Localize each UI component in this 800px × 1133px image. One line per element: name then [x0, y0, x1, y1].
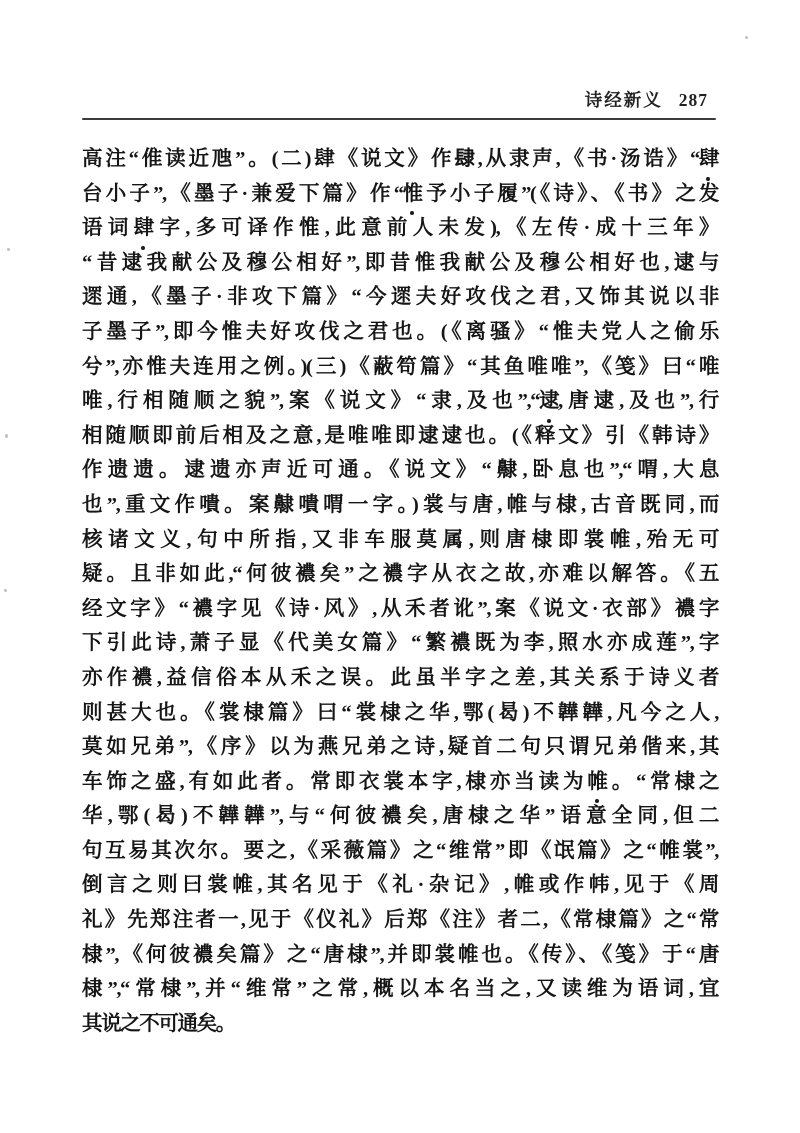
text-line: 华,鄂(曷)不韡韡”,与“何彼襛矣,唐棣之华”语意全同,但二: [82, 799, 718, 834]
scan-speck: [745, 36, 748, 39]
text-line: 亦作襛,益信俗本从禾之误。此虽半字之差,其关系于诗义者: [82, 661, 718, 696]
text-line: 车饰之盛,有如此者。常即衣裳本字,棣亦当读为帷。“常棣之: [82, 765, 718, 800]
text-line: 语词肆字,多可译作惟,此意前人未发),《左传·成十三年》: [82, 211, 718, 246]
text-line: 礼》先郑注者一,见于《仪礼》后郑《注》者二,《常棣篇》之“常: [82, 903, 718, 938]
text-line: 子墨子”,即今惟夫好攻伐之君也。(《离骚》“惟夫党人之偷乐: [82, 315, 718, 350]
emphasized-char: 帷: [587, 765, 606, 800]
text-line: 核诸文义,句中所指,又非车服莫属,则唐棣即裳帷,殆无可: [82, 523, 718, 558]
text-line: 经文字》“襛字见《诗·风》,从禾者讹”,案《说文·衣部》襛字: [82, 592, 718, 627]
text-line: “昔逮我献公及穆公相好”,即昔惟我献公及穆公相好也,逮与: [82, 246, 718, 281]
emphasized-char: 逮: [539, 384, 558, 419]
text-line: 兮”,亦惟夫连用之例。)(三)《蔽笱篇》“其鱼唯唯”,《笺》曰“唯: [82, 350, 718, 385]
header-rule: [82, 118, 716, 120]
emphasized-char: 惟: [403, 177, 422, 212]
text-line: 作遗遗。逮遗亦声近可通。《说文》“齂,卧息也”,“喟,大息: [82, 453, 718, 488]
text-line: 相随顺即前后相及之意,是唯唯即逮逮也。(《释文》引《韩诗》: [82, 419, 718, 454]
body-text: 高注“倠读近虺”。(二)肆《说文》作𨽸,从隶声,《书·汤诰》“肆台小子”,《墨子…: [82, 142, 718, 1041]
text-line: 疑。且非如此,“何彼襛矣”之襛字从衣之故,亦难以解答。《五: [82, 557, 718, 592]
scan-speck: [4, 589, 7, 592]
page-number: 287: [679, 90, 708, 111]
text-line: 高注“倠读近虺”。(二)肆《说文》作𨽸,从隶声,《书·汤诰》“肆: [82, 142, 718, 177]
text-line: 句互易其次尔。要之,《采薇篇》之“维常”即《氓篇》之“帷裳”,: [82, 834, 718, 869]
scan-speck: [7, 248, 10, 251]
text-line: 遝通,《墨子·非攻下篇》“今遝夫好攻伐之君,又饰其说以非: [82, 280, 718, 315]
text-line: 台小子”,《墨子·兼爱下篇》作“惟予小子履”(《诗》、《书》之发: [82, 177, 718, 212]
text-line: 唯,行相随顺之貌”,案《说文》“隶,及也”,“逮,唐逮,及也”,行: [82, 384, 718, 419]
text-line: 则甚大也。《裳棣篇》曰“裳棣之华,鄂(曷)不韡韡,凡今之人,: [82, 696, 718, 731]
text-line: 棣”,“常棣”,并“维常”之常,概以本名当之,又读维为语词,宜: [82, 972, 718, 1007]
book-page: 诗经新义 287 高注“倠读近虺”。(二)肆《说文》作𨽸,从隶声,《书·汤诰》“…: [0, 0, 800, 1133]
book-title: 诗经新义: [585, 87, 663, 112]
scan-speck: [5, 434, 8, 438]
text-line: 也”,重文作嘳。案齂嘳喟一字。)裳与唐,帷与棣,古音既同,而: [82, 488, 718, 523]
text-line: 棣”,《何彼襛矣篇》之“唐棣”,并即裳帷也。《传》、《笺》于“唐: [82, 938, 718, 973]
text-line: 倒言之则曰裳帷,其名见于《礼·杂记》,帷或作帏,见于《周: [82, 868, 718, 903]
text-line: 莫如兄弟”,《序》以为燕兄弟之诗,疑首二句只谓兄弟偕来,其: [82, 730, 718, 765]
text-line: 下引此诗,萧子显《代美女篇》“繁襛既为李,照水亦成莲”,字: [82, 626, 718, 661]
emphasized-char: 肆: [699, 142, 718, 177]
emphasized-char: 肆: [134, 211, 153, 246]
running-head: 诗经新义 287: [82, 87, 708, 112]
text-line: 其说之不可通矣。: [82, 1007, 718, 1042]
